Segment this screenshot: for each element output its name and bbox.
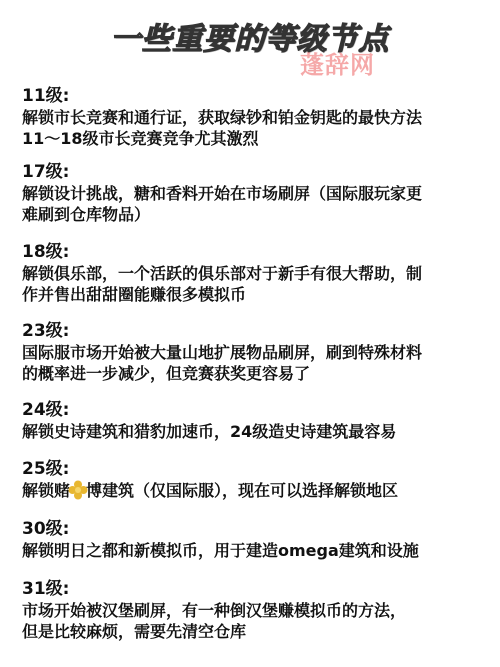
- section-text-line: 解锁市长竞赛和通行证，获取绿钞和铂金钥匙的最快方法: [22, 107, 492, 128]
- level-heading: 17级:: [22, 162, 492, 183]
- level-heading: 18级:: [22, 242, 492, 263]
- section-text-line: 难刷到仓库物品）: [22, 204, 492, 225]
- level-heading: 30级:: [22, 519, 492, 540]
- section-text-line: 解锁俱乐部，一个活跃的俱乐部对于新手有很大帮助，制: [22, 263, 492, 284]
- level-section-30: 30级: 解锁明日之都和新模拟币，用于建造omega建筑和设施: [22, 519, 492, 561]
- gold-flower-sticker-icon: [70, 482, 86, 498]
- section-text-line: 解锁明日之都和新模拟币，用于建造omega建筑和设施: [22, 540, 492, 561]
- text-after-sticker: 博建筑（仅国际服），现在可以选择解锁地区: [86, 481, 398, 500]
- level-section-24: 24级: 解锁史诗建筑和猎豹加速币，24级造史诗建筑最容易: [22, 400, 492, 442]
- section-text-line: 市场开始被汉堡刷屏，有一种倒汉堡赚模拟币的方法，: [22, 600, 492, 621]
- section-text-line: 作并售出甜甜圈能赚很多模拟币: [22, 284, 492, 305]
- level-section-11: 11级: 解锁市长竞赛和通行证，获取绿钞和铂金钥匙的最快方法 11～18级市长竞…: [22, 86, 492, 149]
- section-text-line: 解锁赌博建筑（仅国际服），现在可以选择解锁地区: [22, 480, 492, 501]
- level-section-18: 18级: 解锁俱乐部，一个活跃的俱乐部对于新手有很大帮助，制 作并售出甜甜圈能赚…: [22, 242, 492, 305]
- section-text-line: 国际服市场开始被大量山地扩展物品刷屏，刷到特殊材料: [22, 342, 492, 363]
- level-section-31: 31级: 市场开始被汉堡刷屏，有一种倒汉堡赚模拟币的方法， 但是比较麻烦，需要先…: [22, 579, 492, 642]
- page-title: 一些重要的等级节点: [0, 20, 500, 60]
- level-heading: 25级:: [22, 459, 492, 480]
- level-heading: 24级:: [22, 400, 492, 421]
- watermark: 蓬辞网: [300, 50, 375, 80]
- level-section-17: 17级: 解锁设计挑战，糖和香料开始在市场刷屏（国际服玩家更 难刷到仓库物品）: [22, 162, 492, 225]
- level-section-23: 23级: 国际服市场开始被大量山地扩展物品刷屏，刷到特殊材料 的概率进一步减少，…: [22, 321, 492, 384]
- section-text-line: 的概率进一步减少，但竞赛获奖更容易了: [22, 363, 492, 384]
- section-text-line: 解锁史诗建筑和猎豹加速币，24级造史诗建筑最容易: [22, 421, 492, 442]
- level-heading: 23级:: [22, 321, 492, 342]
- text-before-sticker: 解锁赌: [22, 481, 70, 500]
- section-text-line: 解锁设计挑战，糖和香料开始在市场刷屏（国际服玩家更: [22, 183, 492, 204]
- section-text-line: 11～18级市长竞赛竞争尤其激烈: [22, 128, 492, 149]
- section-text-line: 但是比较麻烦，需要先清空仓库: [22, 621, 492, 642]
- level-section-25: 25级: 解锁赌博建筑（仅国际服），现在可以选择解锁地区: [22, 459, 492, 501]
- level-heading: 11级:: [22, 86, 492, 107]
- level-heading: 31级:: [22, 579, 492, 600]
